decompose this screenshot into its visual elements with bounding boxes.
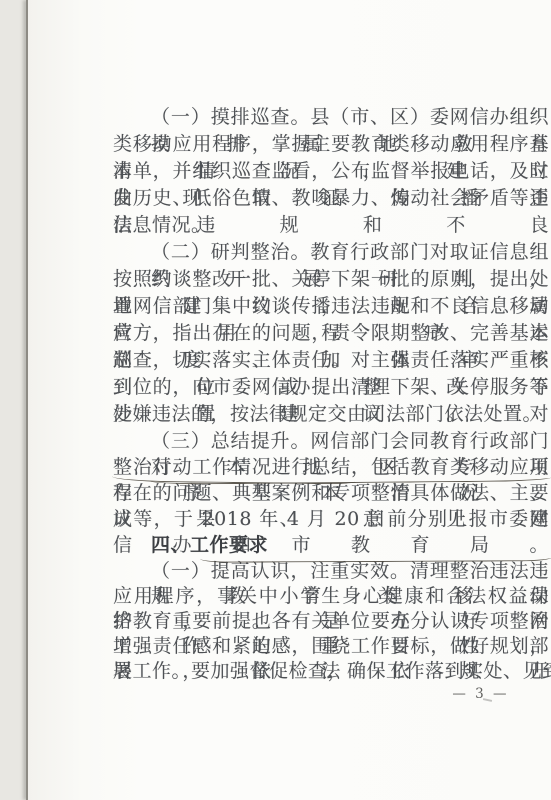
text-line: 巡查，切实落实主体责任。对主体责任落实严重不到位或整改不 bbox=[113, 347, 549, 374]
para-section3-item2: （二）研判整治。教育行政部门对取证信息组织开展研判，按照约谈整改一批、关停下架一… bbox=[113, 239, 549, 428]
text-line: 涉嫌违法的，按法律规定交由司法部门依法处置。 bbox=[113, 401, 549, 428]
text-segment: 信息情况。 bbox=[113, 214, 211, 236]
text-line: 应用程序，事关中小学生身心健康和合法权益保护，也是办好网 bbox=[113, 584, 549, 609]
text-line: 营方，指出存在的问题，责令限期整改、完善基本制度、加强审核 bbox=[113, 320, 549, 347]
text-line: （三）总结提升。网信部门会同教育行政部门对本地区专项 bbox=[113, 428, 549, 454]
text-line: 清单，并组织巡查监看，公布监督举报电话，及时发现取证传播歪 bbox=[113, 158, 549, 185]
text-segment: 涉嫌违法的，按法律规定交由司法部门依法处置。 bbox=[113, 403, 542, 425]
page-number: — 3 — bbox=[452, 686, 509, 702]
text-line: 曲历史、低俗色情、教唆暴力、煽动社会矛盾等违法违规和不良 bbox=[113, 185, 549, 212]
pen-underlined-text: 整治行动工作情况进行总结 bbox=[113, 456, 351, 478]
text-line: （一）提高认识，注重实效。清理整治违法违规教育类移动 bbox=[113, 559, 549, 584]
text-line: （一）摸排巡查。县（市、区）委网信办组织摸排属地教育 bbox=[113, 104, 549, 131]
text-line: 按照约谈整改一批、关停下架一批的原则，提出处置建议，配合属 bbox=[113, 266, 549, 293]
text-line: 到位的，向市委网信办提出清理下架、关停服务等处置建议。对 bbox=[113, 374, 549, 401]
text-segment: 议等，于 bbox=[113, 508, 202, 530]
text-line: 络教育重要前提。各有关单位要充分认识专项整治工作的重要性， bbox=[113, 609, 549, 634]
text-line: 地网信部门集中约谈传播违法违规和不良信息移动应用程序运 bbox=[113, 293, 549, 320]
scanned-paper-page: （一）摸排巡查。县（市、区）委网信办组织摸排属地教育类移动应用程序，掌握主要教育… bbox=[26, 0, 551, 800]
text-line: 展工作。要加强督促检查，确保工作落到实处、见到实效。 bbox=[113, 659, 549, 684]
text-segment: （三）总结提升。网信部门会同教育行政部门 bbox=[151, 430, 549, 452]
text-line: 类移动应用程序，掌握主要教育类移动应用程序基本情况，建立 bbox=[113, 131, 549, 158]
text-segment: 展工作。要加强督促检查，确保工作落到实处、见到实效。 bbox=[113, 660, 551, 682]
text-line: （二）研判整治。教育行政部门对取证信息组织开展研判， bbox=[113, 239, 549, 266]
para-section3-item3: （三）总结提升。网信部门会同教育行政部门对本地区专项整治行动工作情况进行总结，包… bbox=[113, 428, 549, 532]
text-line: 增强责任感和紧迫感，围绕工作目标，做好规划部署，依法依规开 bbox=[113, 634, 549, 659]
para-section4-item1: （一）提高认识，注重实效。清理整治违法违规教育类移动应用程序，事关中小学生身心健… bbox=[113, 559, 549, 684]
text-block: （一）摸排巡查。县（市、区）委网信办组织摸排属地教育类移动应用程序，掌握主要教育… bbox=[113, 104, 549, 684]
para-section3-item1: （一）摸排巡查。县（市、区）委网信办组织摸排属地教育类移动应用程序，掌握主要教育… bbox=[113, 104, 549, 239]
text-line: 议等，于 2018 年 4 月 20 日前分别上报市委网信办和市教育局。 bbox=[113, 506, 549, 532]
